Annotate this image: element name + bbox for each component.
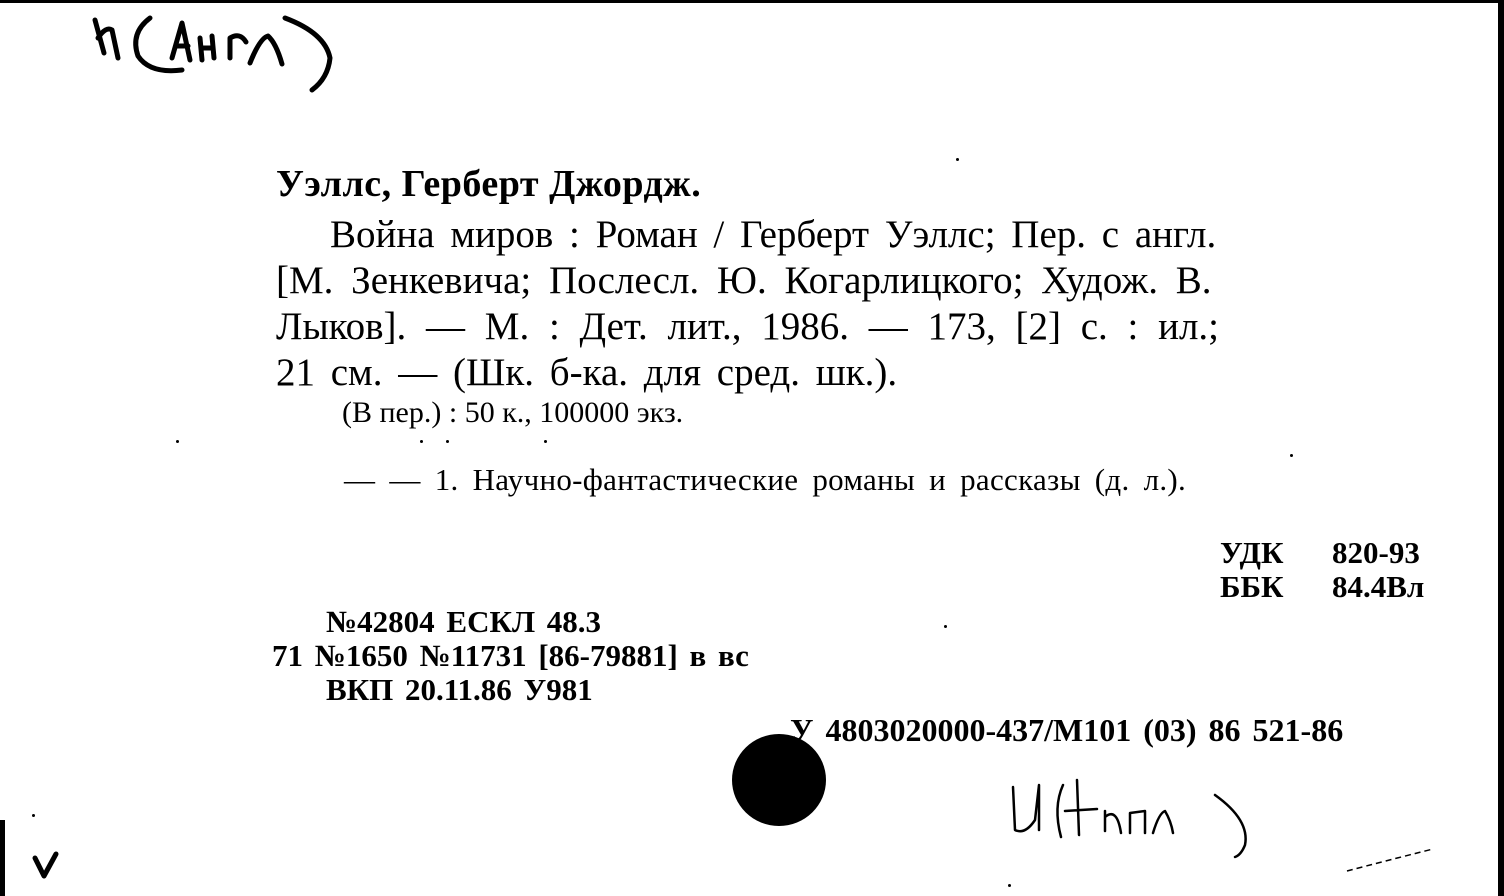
classification-row-bbk: ББК 84.4Вл — [1220, 570, 1424, 604]
classification-table: УДК 820-93 ББК 84.4Вл — [1220, 536, 1424, 604]
registration-line-3: ВКП 20.11.86 У981 — [326, 672, 593, 708]
classification-row-udk: УДК 820-93 — [1220, 536, 1424, 570]
speck — [1290, 454, 1293, 457]
registration-line-1: №42804 ЕСКЛ 48.3 — [326, 604, 601, 640]
check-mark-icon — [30, 850, 64, 880]
publication-statement: Лыков]. — М. : Дет. лит., 1986. — 173, [… — [276, 304, 1219, 349]
registration-line-2: 71 №1650 №11731 [86-79881] в вс — [272, 638, 749, 674]
responsibility-statement: [М. Зенкевича; Послесл. Ю. Когарлицкого;… — [276, 258, 1212, 303]
speck — [420, 440, 423, 443]
speck — [176, 440, 179, 443]
title-statement: Война миров : Роман / Герберт Уэллс; Пер… — [330, 212, 1216, 257]
speck — [544, 440, 547, 443]
classification-value: 820-93 — [1332, 536, 1420, 570]
card-left-edge — [0, 820, 5, 896]
isbn-line: У 4803020000-437/М101 (03) 86 521-86 — [790, 712, 1343, 749]
price-line: (В пер.) : 50 к., 100000 экз. — [342, 396, 683, 430]
card-right-edge — [1498, 0, 1504, 896]
speck — [1008, 884, 1011, 887]
speck — [944, 625, 947, 628]
speck — [446, 440, 449, 443]
handwritten-annotation-bottom — [1005, 775, 1295, 860]
speck — [32, 814, 35, 817]
catalog-card: Уэллс, Герберт Джордж. Война миров : Ром… — [0, 0, 1504, 896]
classification-value: 84.4Вл — [1332, 570, 1424, 604]
punch-hole — [732, 734, 826, 826]
author-heading: Уэллс, Герберт Джордж. — [276, 162, 701, 206]
classification-label: ББК — [1220, 570, 1332, 604]
handwritten-annotation-top — [90, 8, 340, 93]
speck — [956, 158, 959, 161]
stray-pencil-mark — [1345, 845, 1435, 875]
card-top-edge — [0, 0, 1504, 3]
subject-heading: — — 1. Научно-фантастические романы и ра… — [344, 462, 1186, 498]
series-statement: 21 см. — (Шк. б-ка. для сред. шк.). — [276, 350, 897, 395]
classification-label: УДК — [1220, 536, 1332, 570]
